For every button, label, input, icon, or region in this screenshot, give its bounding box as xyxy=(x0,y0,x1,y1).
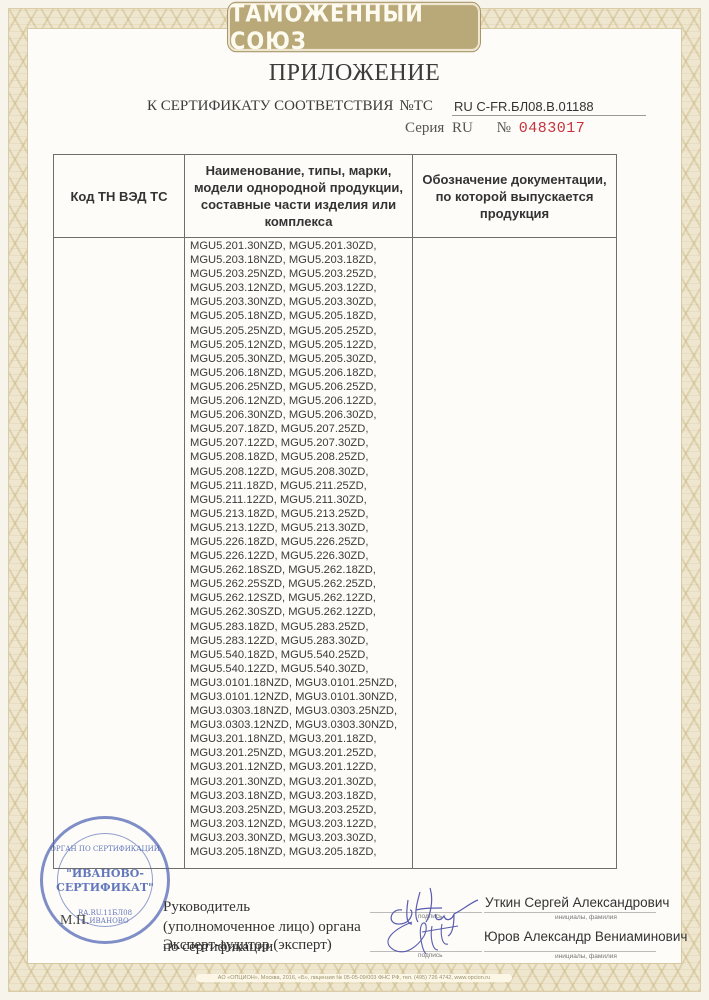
model-line: MGU5.203.12NZD, MGU5.203.12ZD, xyxy=(190,281,408,295)
page-title: ПРИЛОЖЕНИЕ xyxy=(0,60,709,87)
table-header-row: Код ТН ВЭД ТС Наименование, типы, марки,… xyxy=(54,155,617,238)
model-line: MGU3.0303.18NZD, MGU3.0303.25NZD, xyxy=(190,704,408,718)
model-line: MGU5.203.18NZD, MGU5.203.18ZD, xyxy=(190,253,408,267)
model-line: MGU5.205.30NZD, MGU5.205.30ZD, xyxy=(190,352,408,366)
printer-info: АО «ОПЦИОН», Москва, 2016, «Б», лицензия… xyxy=(196,974,512,982)
model-line: MGU5.213.18ZD, MGU5.213.25ZD, xyxy=(190,507,408,521)
head-name-caption: инициалы, фамилия xyxy=(555,914,617,921)
model-line: MGU5.540.18ZD, MGU5.540.25ZD, xyxy=(190,648,408,662)
column-header-documentation: Обозначение документации, по которой вып… xyxy=(413,155,617,238)
model-line: MGU5.208.12ZD, MGU5.208.30ZD, xyxy=(190,465,408,479)
model-line: MGU3.203.12NZD, MGU3.203.12ZD, xyxy=(190,817,408,831)
model-line: MGU3.201.25NZD, MGU3.201.25ZD, xyxy=(190,746,408,760)
model-line: MGU5.540.12ZD, MGU5.540.30ZD, xyxy=(190,662,408,676)
expert-name: Юров Александр Вениаминович xyxy=(484,929,687,944)
model-line: MGU3.203.25NZD, MGU3.203.25ZD, xyxy=(190,803,408,817)
model-line: MGU5.262.30SZD, MGU5.262.12ZD, xyxy=(190,605,408,619)
series-label: Серия xyxy=(405,120,444,136)
model-line: MGU5.205.18NZD, MGU5.205.18ZD, xyxy=(190,309,408,323)
column-header-code: Код ТН ВЭД ТС xyxy=(54,155,185,238)
products-table: Код ТН ВЭД ТС Наименование, типы, марки,… xyxy=(53,154,617,869)
model-line: MGU3.205.18NZD, MGU3.205.18ZD, xyxy=(190,845,408,859)
model-line: MGU5.203.25NZD, MGU5.203.25ZD, xyxy=(190,267,408,281)
model-line: MGU5.201.30NZD, MGU5.201.30ZD, xyxy=(190,239,408,253)
seal-label: М.П. xyxy=(60,913,90,929)
models-list: MGU5.201.30NZD, MGU5.201.30ZD,MGU5.203.1… xyxy=(190,239,408,859)
stamp-top-text: ОРГАН ПО СЕРТИФИКАЦИИ xyxy=(43,845,167,853)
model-line: MGU5.211.18ZD, MGU5.211.25ZD, xyxy=(190,479,408,493)
model-line: MGU3.203.18NZD, MGU3.203.18ZD, xyxy=(190,789,408,803)
handwritten-signatures xyxy=(372,880,482,960)
head-name: Уткин Сергей Александрович xyxy=(485,895,669,910)
model-line: MGU3.201.12NZD, MGU3.201.12ZD, xyxy=(190,760,408,774)
model-line: MGU3.0303.12NZD, MGU3.0303.30NZD, xyxy=(190,718,408,732)
table-row: MGU5.201.30NZD, MGU5.201.30ZD,MGU5.203.1… xyxy=(54,238,617,869)
model-line: MGU5.211.12ZD, MGU5.211.30ZD, xyxy=(190,493,408,507)
expert-name-line xyxy=(484,951,656,952)
model-line: MGU5.206.30NZD, MGU5.206.30ZD, xyxy=(190,408,408,422)
model-line: MGU5.208.18ZD, MGU5.208.25ZD, xyxy=(190,450,408,464)
model-line: MGU3.0101.18NZD, MGU3.0101.25NZD, xyxy=(190,676,408,690)
code-cell xyxy=(54,238,185,869)
model-line: MGU5.213.12ZD, MGU5.213.30ZD, xyxy=(190,521,408,535)
model-line: MGU5.283.18ZD, MGU5.283.25ZD, xyxy=(190,620,408,634)
serial-number-label: № xyxy=(497,120,511,136)
stamp-name-line2: СЕРТИФИКАТ" xyxy=(43,881,167,894)
model-line: MGU5.262.25SZD, MGU5.262.25ZD, xyxy=(190,577,408,591)
serial-number: 0483017 xyxy=(519,120,586,137)
documentation-cell xyxy=(413,238,617,869)
model-line: MGU5.207.12ZD, MGU5.207.30ZD, xyxy=(190,436,408,450)
expert-name-caption: инициалы, фамилия xyxy=(555,953,617,960)
certificate-number: RU C-FR.БЛ08.В.01188 xyxy=(452,98,646,116)
stamp-name-line1: "ИВАНОВО- xyxy=(43,867,167,880)
model-line: MGU5.207.18ZD, MGU5.207.25ZD, xyxy=(190,422,408,436)
certificate-number-label: №ТС xyxy=(399,98,432,114)
certificate-label: К СЕРТИФИКАТУ СООТВЕТСТВИЯ xyxy=(147,98,393,114)
model-line: MGU3.203.30NZD, MGU3.203.30ZD, xyxy=(190,831,408,845)
model-line: MGU5.206.18NZD, MGU5.206.18ZD, xyxy=(190,366,408,380)
model-line: MGU5.262.12SZD, MGU5.262.12ZD, xyxy=(190,591,408,605)
models-cell: MGU5.201.30NZD, MGU5.201.30ZD,MGU5.203.1… xyxy=(185,238,413,869)
series-line: Серия RU № 0483017 xyxy=(405,120,585,137)
model-line: MGU5.226.12ZD, MGU5.226.30ZD, xyxy=(190,549,408,563)
customs-union-logo: ТАМОЖЕННЫЙ СОЮЗ xyxy=(228,3,480,51)
model-line: MGU3.201.30NZD, MGU3.201.30ZD, xyxy=(190,775,408,789)
model-line: MGU5.205.12NZD, MGU5.205.12ZD, xyxy=(190,338,408,352)
column-header-products: Наименование, типы, марки, модели одноро… xyxy=(185,155,413,238)
model-line: MGU5.206.25NZD, MGU5.206.25ZD, xyxy=(190,380,408,394)
model-line: MGU3.0101.12NZD, MGU3.0101.30NZD, xyxy=(190,690,408,704)
certificate-line: К СЕРТИФИКАТУ СООТВЕТСТВИЯ№ТС xyxy=(147,98,433,115)
expert-role: Эксперт-аудитор (эксперт) xyxy=(163,937,332,954)
model-line: MGU5.203.30NZD, MGU5.203.30ZD, xyxy=(190,295,408,309)
model-line: MGU3.201.18NZD, MGU3.201.18ZD, xyxy=(190,732,408,746)
series-value: RU xyxy=(452,120,473,136)
model-line: MGU5.226.18ZD, MGU5.226.25ZD, xyxy=(190,535,408,549)
model-line: MGU5.205.25NZD, MGU5.205.25ZD, xyxy=(190,324,408,338)
model-line: MGU5.283.12ZD, MGU5.283.30ZD, xyxy=(190,634,408,648)
head-name-line xyxy=(484,912,656,913)
model-line: MGU5.206.12NZD, MGU5.206.12ZD, xyxy=(190,394,408,408)
model-line: MGU5.262.18SZD, MGU5.262.18ZD, xyxy=(190,563,408,577)
